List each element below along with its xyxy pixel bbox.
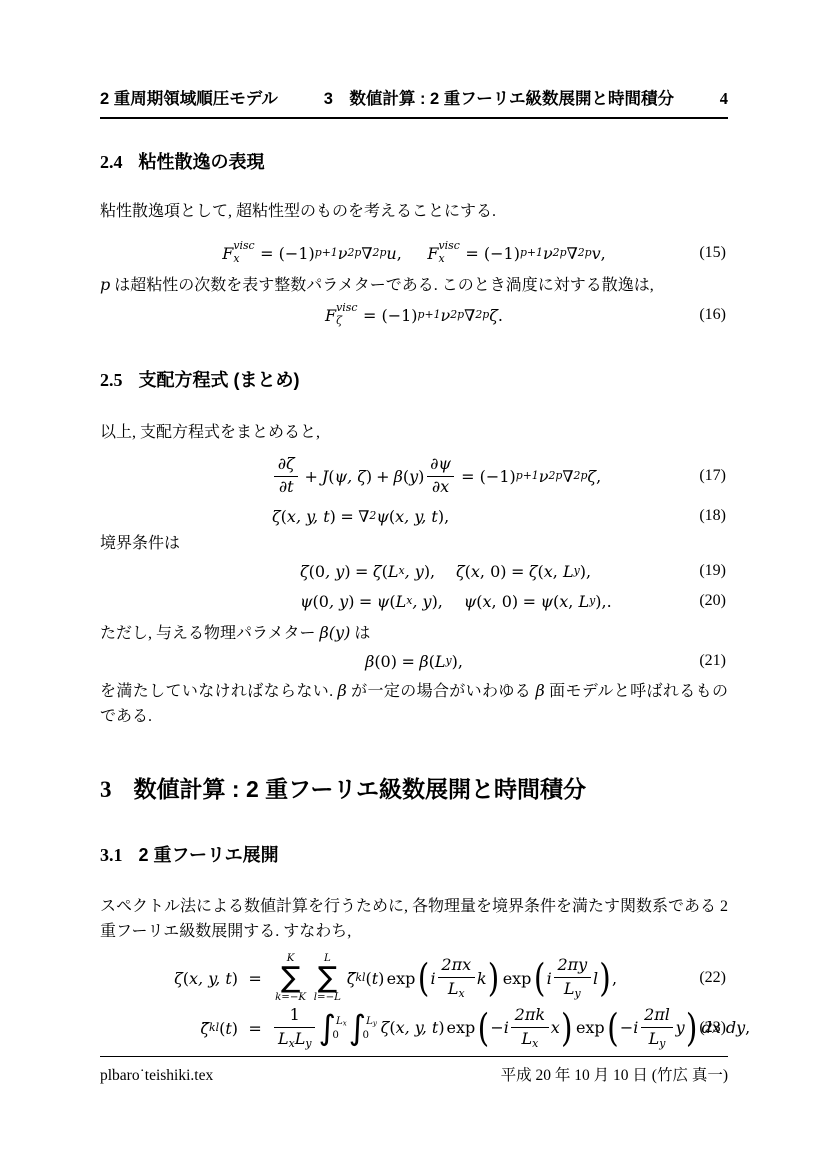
- page-content: 2 重周期領域順圧モデル 3 数値計算 : 2 重フーリエ級数展開と時間積分 4…: [0, 0, 826, 1050]
- equation-22-lhs: ζ(x, y, t): [142, 969, 238, 988]
- equation-22: ζ(x, y, t) = K∑k=−KL∑l=−Lζ̃kl(t)exp(i2πx…: [100, 950, 728, 1006]
- equation-21: β(0)=β(Ly), (21): [100, 646, 728, 676]
- equation-17-body: ∂ζ∂t+J(ψ, ζ)+β(y)∂ψ∂x= (−1)p+1ν2p∇2pζ,: [272, 455, 601, 498]
- paragraph-viscosity-intro: 粘性散逸項として, 超粘性型のものを考えることにする.: [100, 199, 728, 224]
- paragraph-beta-parameter: ただし, 与える物理パラメター β(y) は: [100, 620, 728, 646]
- equation-23-lhs: ζ̃kl(t): [142, 1019, 238, 1038]
- section-number: 3.1: [100, 845, 123, 865]
- equation-18-body: ζ(x, y, t)=∇2ψ(x, y, t),: [272, 507, 449, 526]
- equation-19-body: ζ(0, y)=ζ(Lx, y),ζ(x, 0)=ζ(x, Ly),: [300, 562, 591, 581]
- section-title: 粘性散逸の表現: [139, 152, 265, 172]
- equation-23: ζ̃kl(t) = 1LxLy∫Lx0∫Ly0ζ(x, y, t)exp(−i2…: [100, 1006, 728, 1050]
- section-heading-2-4: 2.4粘性散逸の表現: [100, 151, 728, 173]
- page-header: 2 重周期領域順圧モデル 3 数値計算 : 2 重フーリエ級数展開と時間積分 4: [100, 88, 728, 119]
- equation-23-equals: =: [242, 1019, 268, 1038]
- section-heading-3-1: 3.12 重フーリエ展開: [100, 844, 728, 866]
- equation-22-rhs: K∑k=−KL∑l=−Lζ̃kl(t)exp(i2πxLxk)exp(i2πyL…: [272, 953, 617, 1004]
- equation-20: ψ(0, y)=ψ(Lx, y),ψ(x, 0)=ψ(x, Ly),. (20): [100, 586, 728, 616]
- header-page-number: 4: [720, 88, 728, 110]
- equation-20-body: ψ(0, y)=ψ(Lx, y),ψ(x, 0)=ψ(x, Ly),.: [300, 592, 612, 611]
- paragraph-beta-plane: を満たしていなければならない. β が一定の場合がいわゆる β 面モデルと呼ばれ…: [100, 678, 728, 729]
- section-title: 支配方程式 (まとめ): [139, 370, 300, 390]
- equation-19-number: (19): [699, 562, 726, 580]
- equation-16-body: Fviscζ= (−1)p+1ν2p∇2pζ.: [325, 302, 503, 328]
- equation-18-number: (18): [699, 507, 726, 525]
- equation-16-number: (16): [699, 306, 726, 324]
- section-number: 2.5: [100, 370, 123, 390]
- header-doc-title: 2 重周期領域順圧モデル: [100, 88, 278, 110]
- equation-18: ζ(x, y, t)=∇2ψ(x, y, t), (18): [100, 501, 728, 531]
- header-section-ref: 3 数値計算 : 2 重フーリエ級数展開と時間積分: [324, 88, 674, 110]
- paragraph-spectral-method: スペクトル法による数値計算を行うために, 各物理量を境界条件を満たす関数系である…: [100, 894, 728, 944]
- section-number: 2.4: [100, 152, 123, 172]
- equation-group-19-20: ζ(0, y)=ζ(Lx, y),ζ(x, 0)=ζ(x, Ly), (19) …: [100, 556, 728, 616]
- paragraph-governing-summary: 以上, 支配方程式をまとめると,: [100, 420, 728, 445]
- section-title: 数値計算 : 2 重フーリエ級数展開と時間積分: [134, 776, 586, 802]
- paragraph-boundary-conditions: 境界条件は: [100, 531, 728, 556]
- section-heading-3: 3数値計算 : 2 重フーリエ級数展開と時間積分: [100, 775, 728, 804]
- equation-22-equals: =: [242, 969, 268, 988]
- equation-15-body: Fviscx= (−1)p+1ν2p∇2pu,Fviscx= (−1)p+1ν2…: [222, 240, 606, 266]
- equation-group-22-23: ζ(x, y, t) = K∑k=−KL∑l=−Lζ̃kl(t)exp(i2πx…: [100, 950, 728, 1050]
- equation-21-body: β(0)=β(Ly),: [365, 652, 463, 671]
- equation-19: ζ(0, y)=ζ(Lx, y),ζ(x, 0)=ζ(x, Ly), (19): [100, 556, 728, 586]
- equation-22-number: (22): [699, 969, 726, 987]
- equation-20-number: (20): [699, 592, 726, 610]
- page-footer: plbaro˙teishiki.tex 平成 20 年 10 月 10 日 (竹…: [100, 1056, 728, 1086]
- footer-date-author: 平成 20 年 10 月 10 日 (竹広 真一): [501, 1066, 728, 1086]
- section-number: 3: [100, 777, 112, 802]
- equation-17: ∂ζ∂t+J(ψ, ζ)+β(y)∂ψ∂x= (−1)p+1ν2p∇2pζ, (…: [100, 451, 728, 501]
- equation-23-number: (23): [699, 1019, 726, 1037]
- equation-21-number: (21): [699, 652, 726, 670]
- footer-filename: plbaro˙teishiki.tex: [100, 1066, 213, 1086]
- equation-15-number: (15): [699, 244, 726, 262]
- equation-15: Fviscx= (−1)p+1ν2p∇2pu,Fviscx= (−1)p+1ν2…: [100, 236, 728, 270]
- section-heading-2-5: 2.5支配方程式 (まとめ): [100, 368, 728, 392]
- equation-23-rhs: 1LxLy∫Lx0∫Ly0ζ(x, y, t)exp(−i2πkLxx)exp(…: [272, 1006, 750, 1049]
- equation-group-17-18: ∂ζ∂t+J(ψ, ζ)+β(y)∂ψ∂x= (−1)p+1ν2p∇2pζ, (…: [100, 451, 728, 531]
- document-page: 2 重周期領域順圧モデル 3 数値計算 : 2 重フーリエ級数展開と時間積分 4…: [0, 0, 826, 1169]
- section-title: 2 重フーリエ展開: [139, 845, 279, 865]
- equation-16: Fviscζ= (−1)p+1ν2p∇2pζ. (16): [100, 298, 728, 332]
- equation-17-number: (17): [699, 467, 726, 485]
- paragraph-hyperviscosity: p は超粘性の次数を表す整数パラメターである. このとき渦度に対する散逸は,: [100, 272, 728, 298]
